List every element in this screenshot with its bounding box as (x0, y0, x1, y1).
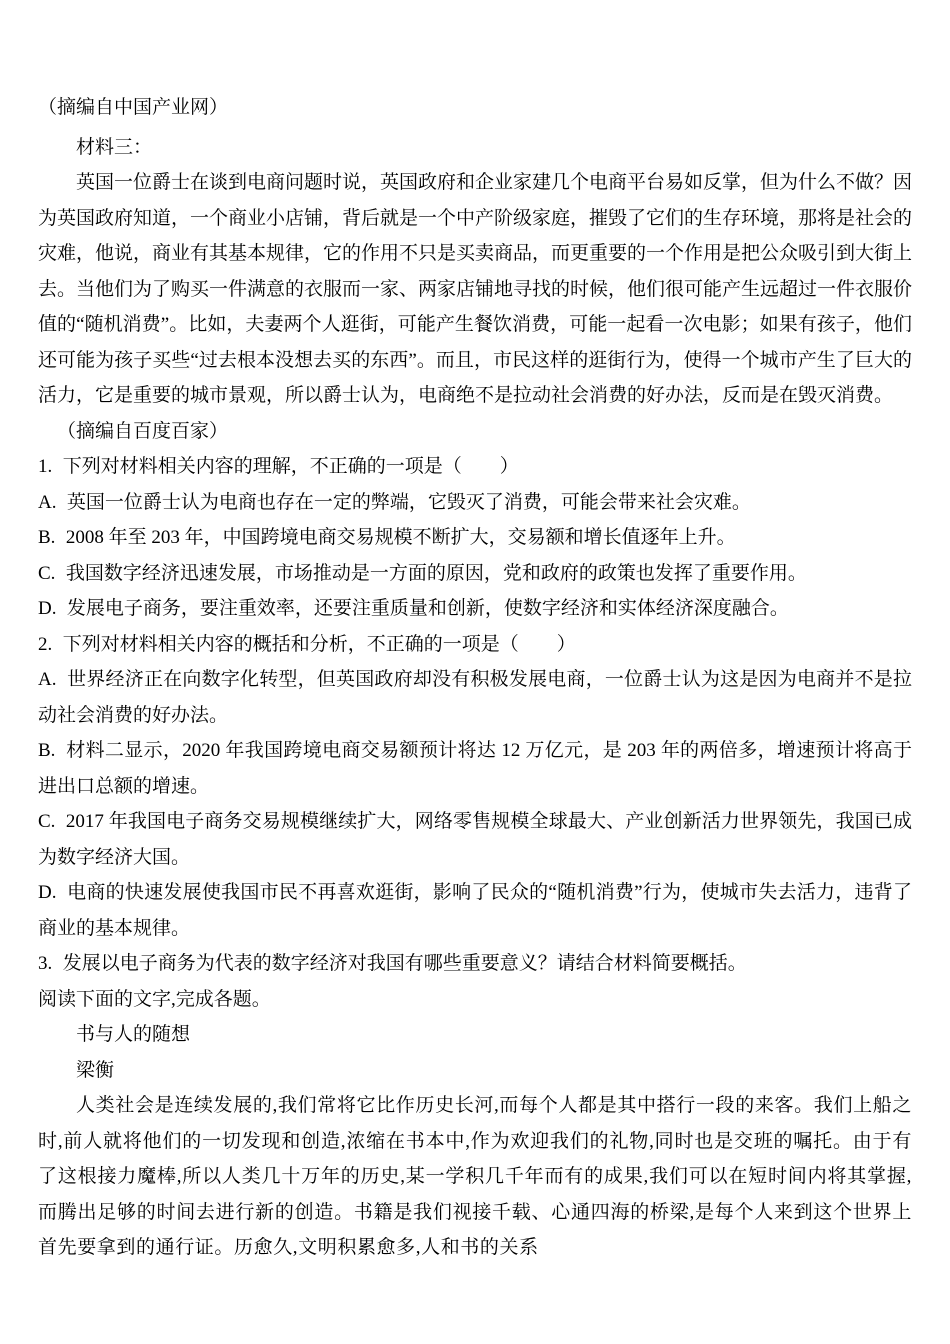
question-2-option-c: C.2017 年我国电子商务交易规模继续扩大，网络零售规模全球最大、产业创新活力… (38, 804, 912, 875)
option-c-label: C. (38, 563, 55, 584)
option-a-text: 英国一位爵士认为电商也存在一定的弊端，它毁灭了消费，可能会带来社会灾难。 (67, 492, 751, 513)
option-b-label: B. (38, 527, 55, 548)
material3-label: 材料三： (38, 130, 912, 166)
material3-paragraph: 英国一位爵士在谈到电商问题时说，英国政府和企业家建几个电商平台易如反掌，但为什么… (38, 165, 912, 414)
question-3-stem: 3.发展以电子商务为代表的数字经济对我国有哪些重要意义？请结合材料简要概括。 (38, 946, 912, 982)
option-d-text: 电商的快速发展使我国市民不再喜欢逛街，影响了民众的“随机消费”行为，使城市失去活… (38, 882, 912, 939)
essay-paragraph: 人类社会是连续发展的,我们常将它比作历史长河,而每个人都是其中搭行一段的来客。我… (38, 1088, 912, 1266)
option-b-label: B. (38, 740, 55, 761)
question-1-option-c: C.我国数字经济迅速发展，市场推动是一方面的原因，党和政府的政策也发挥了重要作用… (38, 556, 912, 592)
option-d-label: D. (38, 598, 56, 619)
document-page: （摘编自中国产业网） 材料三： 英国一位爵士在谈到电商问题时说，英国政府和企业家… (0, 0, 950, 1344)
question-2-option-b: B.材料二显示，2020 年我国跨境电商交易额预计将达 12 万亿元，是 203… (38, 733, 912, 804)
question-1-text: 下列对材料相关内容的理解，不正确的一项是（ ） (63, 456, 519, 477)
option-c-label: C. (38, 811, 55, 832)
question-2-option-a: A.世界经济正在向数字化转型，但英国政府却没有积极发展电商，一位爵士认为这是因为… (38, 662, 912, 733)
option-a-text: 世界经济正在向数字化转型，但英国政府却没有积极发展电商，一位爵士认为这是因为电商… (38, 669, 912, 726)
option-b-text: 2008 年至 203 年，中国跨境电商交易规模不断扩大，交易额和增长值逐年上升… (66, 527, 736, 548)
essay-title: 书与人的随想 (38, 1017, 912, 1053)
source-note-2: （摘编自百度百家） (38, 414, 912, 450)
question-2-number: 2. (38, 634, 52, 655)
option-c-text: 我国数字经济迅速发展，市场推动是一方面的原因，党和政府的政策也发挥了重要作用。 (66, 563, 807, 584)
essay-author: 梁衡 (38, 1053, 912, 1089)
reading-instruction: 阅读下面的文字,完成各题。 (38, 982, 912, 1018)
option-a-label: A. (38, 669, 56, 690)
question-2-option-d: D.电商的快速发展使我国市民不再喜欢逛街，影响了民众的“随机消费”行为，使城市失… (38, 875, 912, 946)
question-3-number: 3. (38, 953, 52, 974)
question-3-text: 发展以电子商务为代表的数字经济对我国有哪些重要意义？请结合材料简要概括。 (63, 953, 747, 974)
option-d-text: 发展电子商务，要注重效率，还要注重质量和创新，使数字经济和实体经济深度融合。 (67, 598, 789, 619)
question-1-option-d: D.发展电子商务，要注重效率，还要注重质量和创新，使数字经济和实体经济深度融合。 (38, 591, 912, 627)
source-note-1: （摘编自中国产业网） (38, 90, 912, 126)
question-2-stem: 2.下列对材料相关内容的概括和分析，不正确的一项是（ ） (38, 627, 912, 663)
option-d-label: D. (38, 882, 56, 903)
question-2-text: 下列对材料相关内容的概括和分析，不正确的一项是（ ） (63, 634, 576, 655)
question-1-number: 1. (38, 456, 52, 477)
question-1-option-b: B.2008 年至 203 年，中国跨境电商交易规模不断扩大，交易额和增长值逐年… (38, 520, 912, 556)
option-c-text: 2017 年我国电子商务交易规模继续扩大，网络零售规模全球最大、产业创新活力世界… (38, 811, 912, 868)
question-1-stem: 1.下列对材料相关内容的理解，不正确的一项是（ ） (38, 449, 912, 485)
option-a-label: A. (38, 492, 56, 513)
question-1-option-a: A.英国一位爵士认为电商也存在一定的弊端，它毁灭了消费，可能会带来社会灾难。 (38, 485, 912, 521)
option-b-text: 材料二显示，2020 年我国跨境电商交易额预计将达 12 万亿元，是 203 年… (38, 740, 912, 797)
